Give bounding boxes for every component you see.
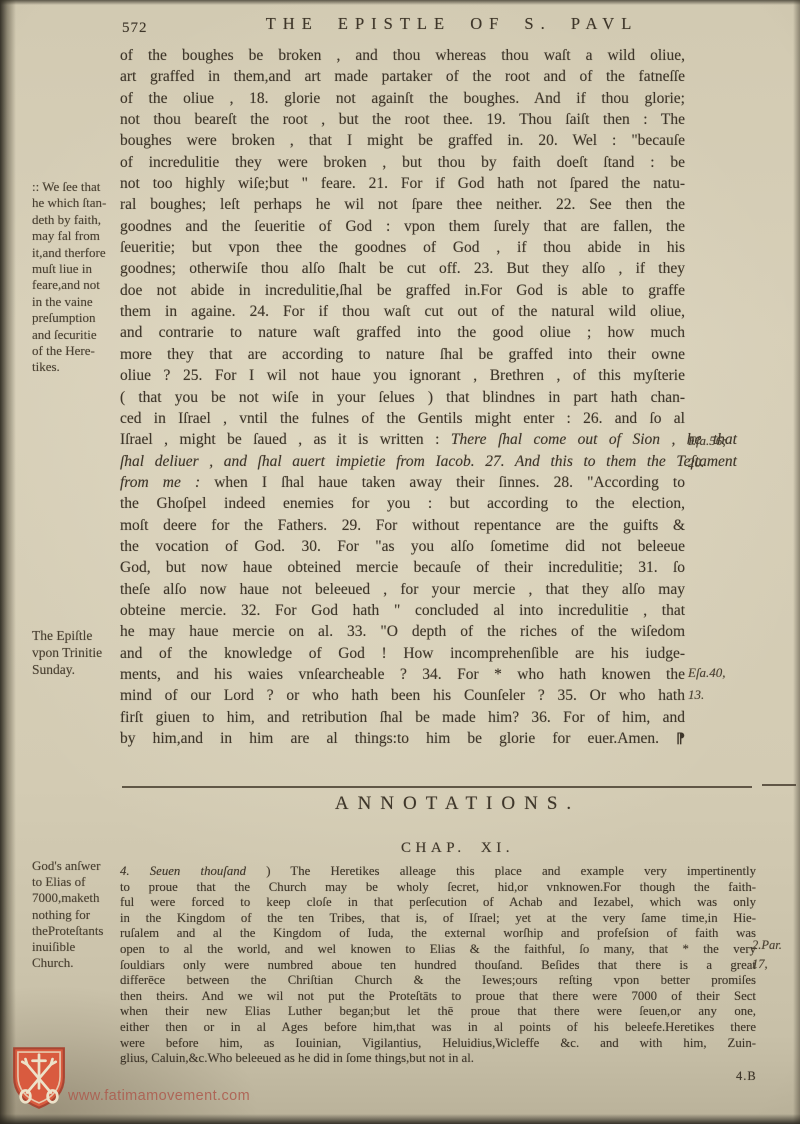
margin-note-line: of the Here- <box>32 343 124 359</box>
scripture-line: oliue ? 25. For I wil not haue you ignor… <box>120 365 685 386</box>
scripture-line: he may haue mercie on al. 33. "O depth o… <box>120 621 685 642</box>
section-divider-rule-end <box>762 784 796 786</box>
page-number: 572 <box>122 20 148 37</box>
scripture-line: not too highly wiſe;but " feare. 21. For… <box>120 173 685 194</box>
scripture-line: more they that are according to nature ſ… <box>120 344 685 365</box>
margin-note-line: theProteſtants <box>32 923 127 939</box>
scripture-line: doe not abide in incredulitie,ſhal be gr… <box>120 280 685 301</box>
margin-ref-2-par-17: 2.Par.17, <box>752 936 800 974</box>
margin-note-line: preſumption <box>32 310 124 326</box>
margin-note-line: God's anſwer <box>32 858 127 874</box>
scripture-line: and contrarie to nature waſt graffed int… <box>120 322 685 343</box>
margin-note-line: in the vaine <box>32 294 124 310</box>
chapter-heading: CHAP. XI. <box>120 840 795 857</box>
scripture-line: ſeueritie; but vpon thee the goodnes of … <box>120 237 685 258</box>
margin-note-line: nothing for <box>32 907 127 923</box>
annotation-line: in the Kingdom of the ten Tribes, that i… <box>120 911 756 927</box>
margin-ref-line: 17, <box>752 955 800 974</box>
margin-ref-line: Eſa.56; <box>688 430 758 452</box>
watermark: www.fatimamovement.com <box>10 1046 310 1116</box>
scan-edge-left <box>0 0 16 1124</box>
margin-note-epistle-trinity-sunday: The Epiſtlevpon TrinitieSunday. <box>32 627 124 678</box>
margin-note-line: muſt liue in <box>32 261 124 277</box>
scripture-line: the vocation of God. 30. For "as you alſ… <box>120 536 685 557</box>
watermark-url-text: www.fatimamovement.com <box>68 1088 250 1104</box>
margin-note-line: The Epiſtle <box>32 627 124 644</box>
scripture-line: by him,and in him are al things:to him b… <box>120 728 685 750</box>
margin-ref-line: 2.Par. <box>752 936 800 955</box>
section-divider-rule <box>122 786 752 788</box>
scripture-line: from me : when I ſhal haue taken away th… <box>120 472 685 493</box>
annotation-line: ruſalem and al the Kingdom of Iuda, the … <box>120 926 756 942</box>
scripture-line: not thou beareſt the root , but the root… <box>120 109 685 130</box>
scripture-line: ral boughes; leſt perhaps he wil not ſpa… <box>120 194 685 215</box>
scripture-line: them in againe. 24. For if thou waſt cut… <box>120 301 685 322</box>
scripture-line: of the boughes be broken , and thou wher… <box>120 45 685 66</box>
annotation-line: to proue that the Church may be wholy ſe… <box>120 880 756 896</box>
margin-note-line: deth by faith, <box>32 212 124 228</box>
scripture-line: ments, and his waies vnſearcheable ? 34.… <box>120 664 685 685</box>
annotation-line: then theirs. And we wil not put the Prot… <box>120 989 756 1005</box>
running-header: 572 THE EPISTLE OF S. PAVL <box>120 14 795 38</box>
margin-note-line: Sunday. <box>32 661 124 678</box>
margin-note-line: it,and therfore <box>32 245 124 261</box>
margin-note-line: inuiſible <box>32 939 127 955</box>
margin-ref-esa-56: Eſa.56;20. <box>688 430 758 474</box>
margin-note-gods-answer: God's anſwerto Elias of7000,makethnothin… <box>32 858 127 971</box>
scanned-book-page: 572 THE EPISTLE OF S. PAVL of the boughe… <box>0 0 800 1124</box>
margin-note-line: feare,and not <box>32 277 124 293</box>
margin-note-line: and ſecuritie <box>32 327 124 343</box>
annotation-line: either then or in al Ages before him,tha… <box>120 1020 756 1036</box>
margin-note-line: to Elias of <box>32 874 127 890</box>
margin-note-line: 7000,maketh <box>32 890 127 906</box>
annotation-line: differēce between the Chriſtian Church &… <box>120 973 756 989</box>
scripture-text-block: of the boughes be broken , and thou wher… <box>120 45 685 750</box>
scripture-line: and of the knowledge of God ! How incomp… <box>120 643 685 664</box>
crossed-keys-shield-icon <box>12 1046 66 1110</box>
scripture-line: ced in Iſrael , vntil the fulnes of the … <box>120 408 685 429</box>
scripture-line: art graffed in them,and art made partake… <box>120 66 685 87</box>
scripture-line: the Ghoſpel indeed enemies for you : but… <box>120 493 685 514</box>
scripture-line: goodnes; otherwiſe thou alſo ſhalt be cu… <box>120 258 685 279</box>
scripture-line: theſe alſo now haue not beleeued , for y… <box>120 579 685 600</box>
margin-ref-esa-40: Eſa.40,13. <box>688 662 758 706</box>
annotation-line: ful were forced to keep cloſe in that pe… <box>120 895 756 911</box>
margin-note-line: vpon Trinitie <box>32 644 124 661</box>
scripture-line: God, but now haue obteined mercie becauſ… <box>120 557 685 578</box>
annotations-text-block: 4. Seuen thouſand ) The Heretikes alleag… <box>120 864 756 1067</box>
annotations-heading: ANNOTATIONS. <box>120 793 795 815</box>
scan-edge-top <box>0 0 800 5</box>
margin-note-line: tikes. <box>32 359 124 375</box>
margin-ref-line: 13. <box>688 684 758 706</box>
scripture-line: goodnes and the ſeueritie of God : vpon … <box>120 216 685 237</box>
margin-note-line: he which ſtan- <box>32 195 124 211</box>
running-title: THE EPISTLE OF S. PAVL <box>242 14 662 34</box>
margin-note-line: :: We ſee that <box>32 179 124 195</box>
annotation-line: 4. Seuen thouſand ) The Heretikes alleag… <box>120 864 756 880</box>
margin-ref-line: 20. <box>688 452 758 474</box>
margin-note-line: may fal from <box>32 228 124 244</box>
scripture-line: of incredulitie they were broken , but t… <box>120 152 685 173</box>
signature-mark: 4.B <box>736 1069 757 1084</box>
margin-ref-line: Eſa.40, <box>688 662 758 684</box>
scripture-line: boughes were broken , that I might be gr… <box>120 130 685 151</box>
annotation-line: ſouldiars only were numbred aboue ten hu… <box>120 958 756 974</box>
margin-note-faith: :: We ſee thathe which ſtan-deth by fait… <box>32 179 124 376</box>
margin-note-line: Church. <box>32 955 127 971</box>
scripture-line: moſt deere for the Fathers. 29. For with… <box>120 515 685 536</box>
scripture-line: ( that you be not wiſe in your ſelues ) … <box>120 387 685 408</box>
scripture-line: ſhal deliuer , and ſhal auert impietie f… <box>120 451 737 472</box>
scripture-line: of the oliue , 18. glorie not againſt th… <box>120 88 685 109</box>
scripture-line: Iſrael , might be ſaued , as it is writt… <box>120 429 737 450</box>
scripture-line: firſt giuen to him, and retribution ſhal… <box>120 707 685 728</box>
annotation-line: open to al the world, and wel knowen to … <box>120 942 756 958</box>
scripture-line: mind of our Lord ? or who hath been his … <box>120 685 685 706</box>
scripture-line: obteine mercie. 32. For God hath " concl… <box>120 600 685 621</box>
annotation-line: when their new Elias Luther began;but le… <box>120 1004 756 1020</box>
